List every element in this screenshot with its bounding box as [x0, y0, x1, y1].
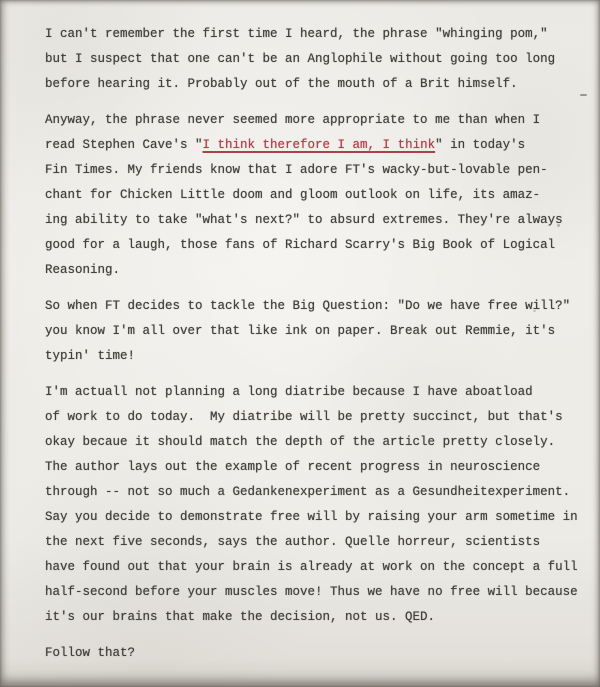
paragraph: So when FT decides to tackle the Big Que…: [45, 294, 570, 369]
text-line: chant for Chicken Little doom and gloom …: [45, 183, 570, 208]
text-line: before hearing it. Probably out of the m…: [45, 72, 570, 97]
text-line: but I suspect that one can't be an Anglo…: [45, 47, 570, 72]
text-segment: read Stephen Cave's ": [45, 138, 203, 152]
text-line: you know I'm all over that like ink on p…: [45, 319, 570, 344]
scan-speck: [533, 310, 536, 312]
text-line: Anyway, the phrase never seemed more app…: [45, 108, 570, 133]
text-line: read Stephen Cave's "I think therefore I…: [45, 133, 570, 158]
text-line: through -- not so much a Gedankenexperim…: [45, 480, 570, 505]
paragraph: I can't remember the first time I heard,…: [45, 22, 570, 97]
paragraph: I'm actuall not planning a long diatribe…: [45, 380, 570, 630]
text-line: half-second before your muscles move! Th…: [45, 580, 570, 605]
text-line: have found out that your brain is alread…: [45, 555, 570, 580]
text-line: typin' time!: [45, 344, 570, 369]
paper-sheet: I can't remember the first time I heard,…: [0, 0, 600, 687]
typed-text: I can't remember the first time I heard,…: [0, 0, 600, 666]
text-line: Say you decide to demonstrate free will …: [45, 505, 570, 530]
text-line: good for a laugh, those fans of Richard …: [45, 233, 570, 258]
text-line: I can't remember the first time I heard,…: [45, 22, 570, 47]
text-segment: " in today's: [435, 138, 525, 152]
text-line: So when FT decides to tackle the Big Que…: [45, 294, 570, 319]
paragraph: Follow that?: [45, 641, 570, 666]
text-line: Fin Times. My friends know that I adore …: [45, 158, 570, 183]
text-line: it's our brains that make the decision, …: [45, 605, 570, 630]
text-line: of work to do today. My diatribe will be…: [45, 405, 570, 430]
article-link[interactable]: I think therefore I am, I think: [203, 138, 436, 152]
scan-speck: [580, 94, 587, 96]
text-line: the next five seconds, says the author. …: [45, 530, 570, 555]
paragraph: Anyway, the phrase never seemed more app…: [45, 108, 570, 283]
text-line: The author lays out the example of recen…: [45, 455, 570, 480]
text-line: I'm actuall not planning a long diatribe…: [45, 380, 570, 405]
text-line: Follow that?: [45, 641, 570, 666]
scan-speck: [557, 224, 560, 227]
text-line: Reasoning.: [45, 258, 570, 283]
text-line: ing ability to take "what's next?" to ab…: [45, 208, 570, 233]
text-line: okay becaue it should match the depth of…: [45, 430, 570, 455]
